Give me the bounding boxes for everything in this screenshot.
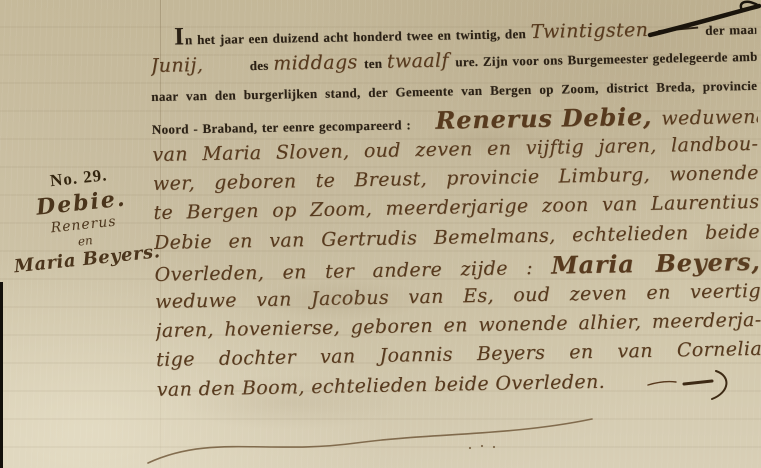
printed-text: der maand xyxy=(701,22,757,38)
handwritten-text: twaalf xyxy=(387,50,456,73)
printed-text: ure. Zijn voor ons Burgemeester gedelege… xyxy=(455,49,757,70)
handwritten-text: middags xyxy=(273,51,364,75)
scan-edge-artifact xyxy=(0,282,3,468)
handwritten-text: Twintigsten xyxy=(530,19,655,43)
bottom-pen-swash xyxy=(148,419,592,463)
body-text: In het jaar een duizend acht honderd twe… xyxy=(150,12,761,405)
filler-rule xyxy=(658,26,698,32)
printed-text: naar van den burgerlijken stand, der Gem… xyxy=(151,78,757,104)
printed-text: Noord - Braband, ter eenre gecompareerd … xyxy=(152,117,416,137)
margin-annotations: No. 29. Debie. Renerus en Maria Beyers. xyxy=(3,160,163,277)
handwritten-text: Junij, xyxy=(151,54,210,77)
document-scan: No. 29. Debie. Renerus en Maria Beyers. … xyxy=(0,0,761,468)
handwritten-text: weduwenaar xyxy=(661,105,758,129)
printed-text: des xyxy=(250,58,274,73)
printed-text: ten xyxy=(364,56,387,71)
handwritten-name-large: Renerus Debie, xyxy=(435,102,661,135)
printed-text: n het jaar een duizend acht honderd twee… xyxy=(185,26,531,47)
handwritten-text: van den Boom, echtelieden beide Overlede… xyxy=(157,370,606,400)
printed-drop-cap: I xyxy=(174,23,185,50)
handwritten-name-large: Maria Beyers, xyxy=(551,247,761,280)
spacer xyxy=(210,71,250,72)
